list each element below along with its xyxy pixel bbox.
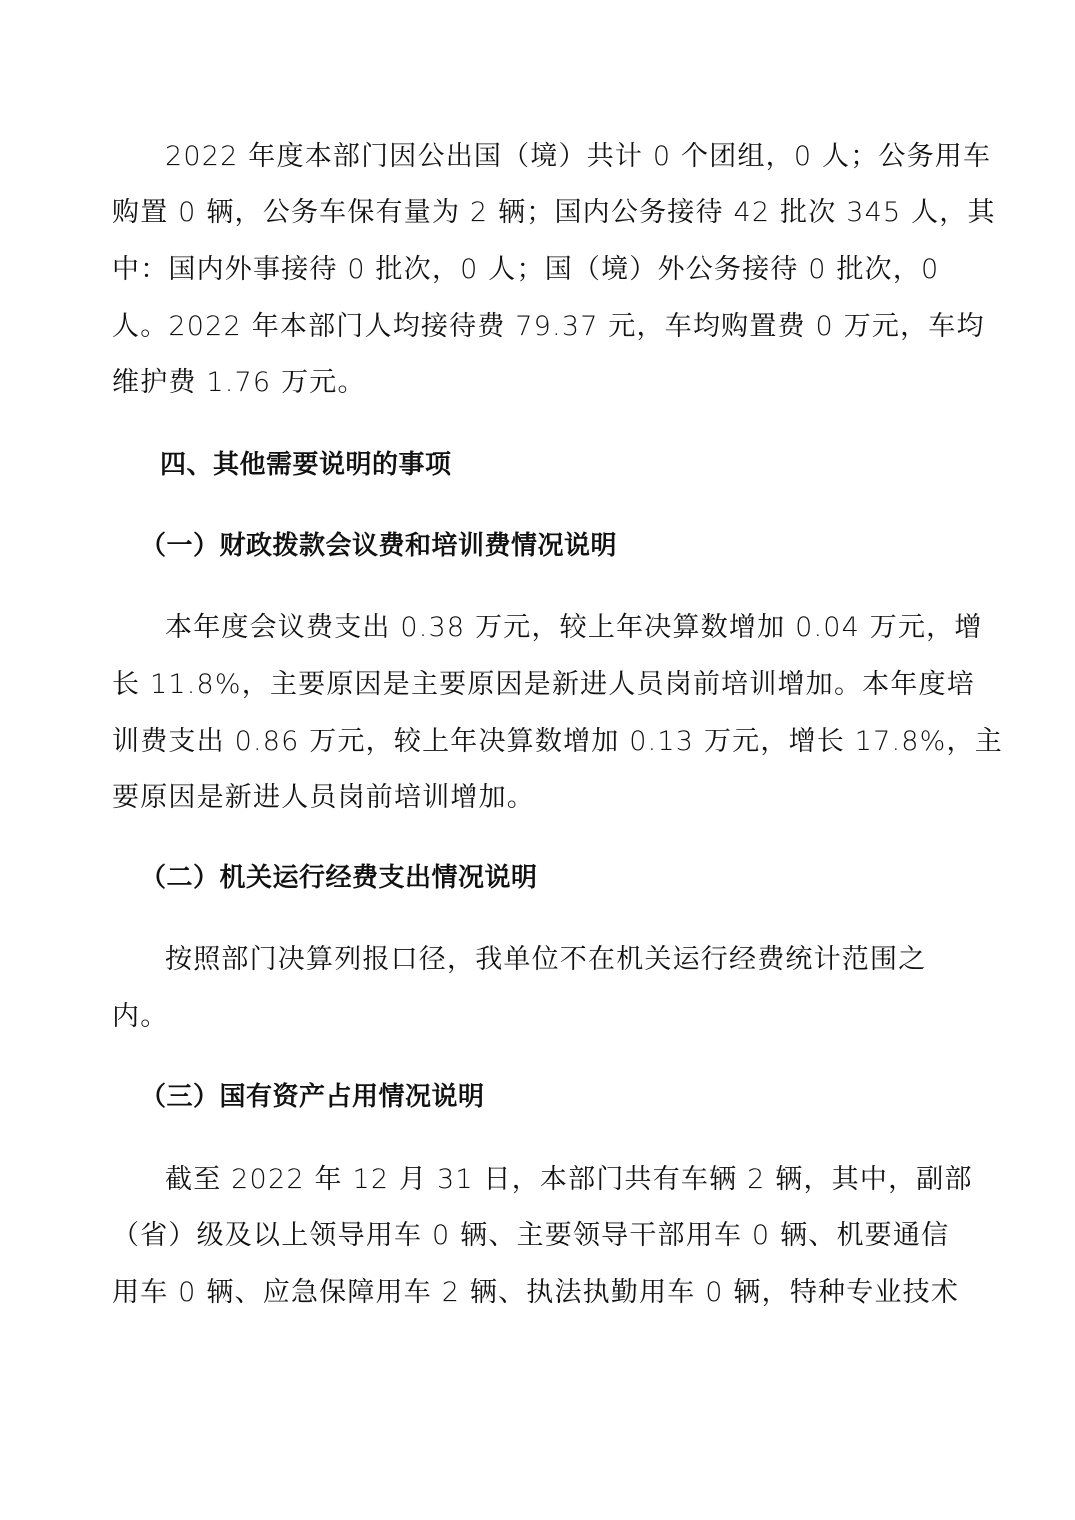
- paragraph-line: 本年度会议费支出 0.38 万元，较上年决算数增加 0.04 万元，增: [165, 608, 983, 648]
- paragraph-line: 购置 0 辆，公务车保有量为 2 辆；国内公务接待 42 批次 345 人，其: [112, 193, 996, 233]
- subsection-heading: （二）机关运行经费支出情况说明: [140, 858, 538, 898]
- paragraph-line: 训费支出 0.86 万元，较上年决算数增加 0.13 万元，增长 17.8%，主: [112, 722, 1003, 762]
- paragraph-line: 截至 2022 年 12 月 31 日，本部门共有车辆 2 辆，其中，副部: [165, 1160, 973, 1200]
- paragraph-line: 2022 年度本部门因公出国（境）共计 0 个团组，0 人；公务用车: [165, 137, 991, 177]
- paragraph-line: 中：国内外事接待 0 批次，0 人；国（境）外公务接待 0 批次，0: [112, 250, 939, 290]
- paragraph-line: 内。: [112, 997, 168, 1037]
- subsection-heading: （一）财政拨款会议费和培训费情况说明: [140, 526, 617, 566]
- paragraph-line: 要原因是新进人员岗前培训增加。: [112, 778, 535, 818]
- paragraph-line: 人。2022 年本部门人均接待费 79.37 元，车均购置费 0 万元，车均: [112, 307, 985, 347]
- paragraph-line: （省）级及以上领导用车 0 辆、主要领导干部用车 0 辆、机要通信: [112, 1216, 949, 1256]
- subsection-heading: （三）国有资产占用情况说明: [140, 1077, 485, 1117]
- section-heading: 四、其他需要说明的事项: [160, 445, 452, 485]
- paragraph-line: 长 11.8%，主要原因是主要原因是新进人员岗前培训增加。本年度培: [112, 665, 975, 705]
- paragraph-line: 用车 0 辆、应急保障用车 2 辆、执法执勤用车 0 辆，特种专业技术: [112, 1273, 959, 1313]
- paragraph-line: 维护费 1.76 万元。: [112, 363, 366, 403]
- paragraph-line: 按照部门决算列报口径，我单位不在机关运行经费统计范围之: [165, 940, 926, 980]
